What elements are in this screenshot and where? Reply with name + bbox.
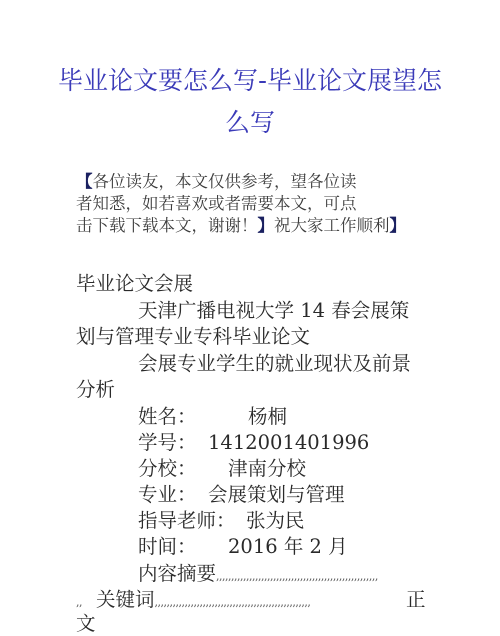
field-label: 姓名： [138, 405, 197, 429]
field-label: 分校： [138, 457, 197, 481]
topic-line-2: 分析 [76, 378, 115, 402]
field-branch: 分校： 津南分校 [138, 457, 197, 481]
field-value: 2016 年 2 月 [228, 535, 348, 559]
field-label: 学号： [138, 431, 197, 455]
toc-body-label-part2: 文 [76, 612, 96, 636]
field-value: 1412001401996 [208, 431, 369, 455]
toc-leader-dots: ,,,,,,,,,,,,,,,,,,,,,,,,,,,,,,,,,,,,,,,,… [155, 596, 311, 609]
field-value: 会展策划与管理 [208, 483, 345, 507]
field-value: 张为民 [246, 509, 305, 533]
topic-line-1: 会展专业学生的就业现状及前景 [138, 352, 411, 376]
toc-keywords-label: 关键词 [96, 588, 155, 611]
notice-close-bracket-2: 】 [390, 216, 407, 235]
field-label: 时间： [138, 535, 197, 559]
notice-line-3: 击下载下载本文，谢谢！】祝大家工作顺利】 [76, 216, 406, 236]
document-title-line-2: 么写 [0, 108, 500, 138]
toc-abstract: 内容摘要,,,,,,,,,,,,,,,,,,,,,,,,,,,,,,,,,,,,… [138, 562, 378, 589]
document-page: 毕业论文要怎么写-毕业论文展望怎 么写 【各位读友，本文仅供参考，望各位读 者知… [0, 0, 500, 636]
field-value: 杨桐 [248, 405, 287, 429]
notice-tail: 祝大家工作顺利 [274, 216, 390, 235]
subtitle-line-1: 天津广播电视大学 14 春会展策 [138, 299, 409, 323]
field-major: 专业： 会展策划与管理 [138, 483, 197, 507]
field-advisor: 指导老师： 张为民 [138, 509, 236, 533]
subtitle-line-2: 划与管理专业专科毕业论文 [76, 325, 310, 349]
notice-close-bracket-1: 】 [258, 216, 275, 235]
notice-text-1: 各位读友，本文仅供参考，望各位读 [93, 172, 357, 191]
toc-leader-dots: ,, [76, 596, 82, 609]
notice-line-1: 【各位读友，本文仅供参考，望各位读 [76, 172, 357, 192]
field-label: 专业： [138, 483, 197, 507]
field-value: 津南分校 [228, 457, 306, 481]
body-heading: 毕业论文会展 [76, 272, 193, 296]
toc-keywords: ,,关键词,,,,,,,,,,,,,,,,,,,,,,,,,,,,,,,,,,,… [76, 588, 310, 615]
toc-abstract-label: 内容摘要 [138, 562, 216, 585]
notice-line-2: 者知悉，如若喜欢或者需要本文，可点 [76, 194, 357, 214]
field-name: 姓名： 杨桐 [138, 405, 197, 429]
toc-leader-dots: ,,,,,,,,,,,,,,,,,,,,,,,,,,,,,,,,,,,,,,,,… [216, 570, 378, 583]
toc-body-label-part1: 正 [406, 588, 426, 612]
field-date: 时间： 2016 年 2 月 [138, 535, 197, 559]
field-student-id: 学号： 1412001401996 [138, 431, 197, 455]
notice-text-3: 击下载下载本文，谢谢！ [76, 216, 258, 235]
field-label: 指导老师： [138, 509, 236, 533]
document-title-line-1: 毕业论文要怎么写-毕业论文展望怎 [0, 66, 500, 96]
notice-open-bracket: 【 [76, 172, 93, 191]
